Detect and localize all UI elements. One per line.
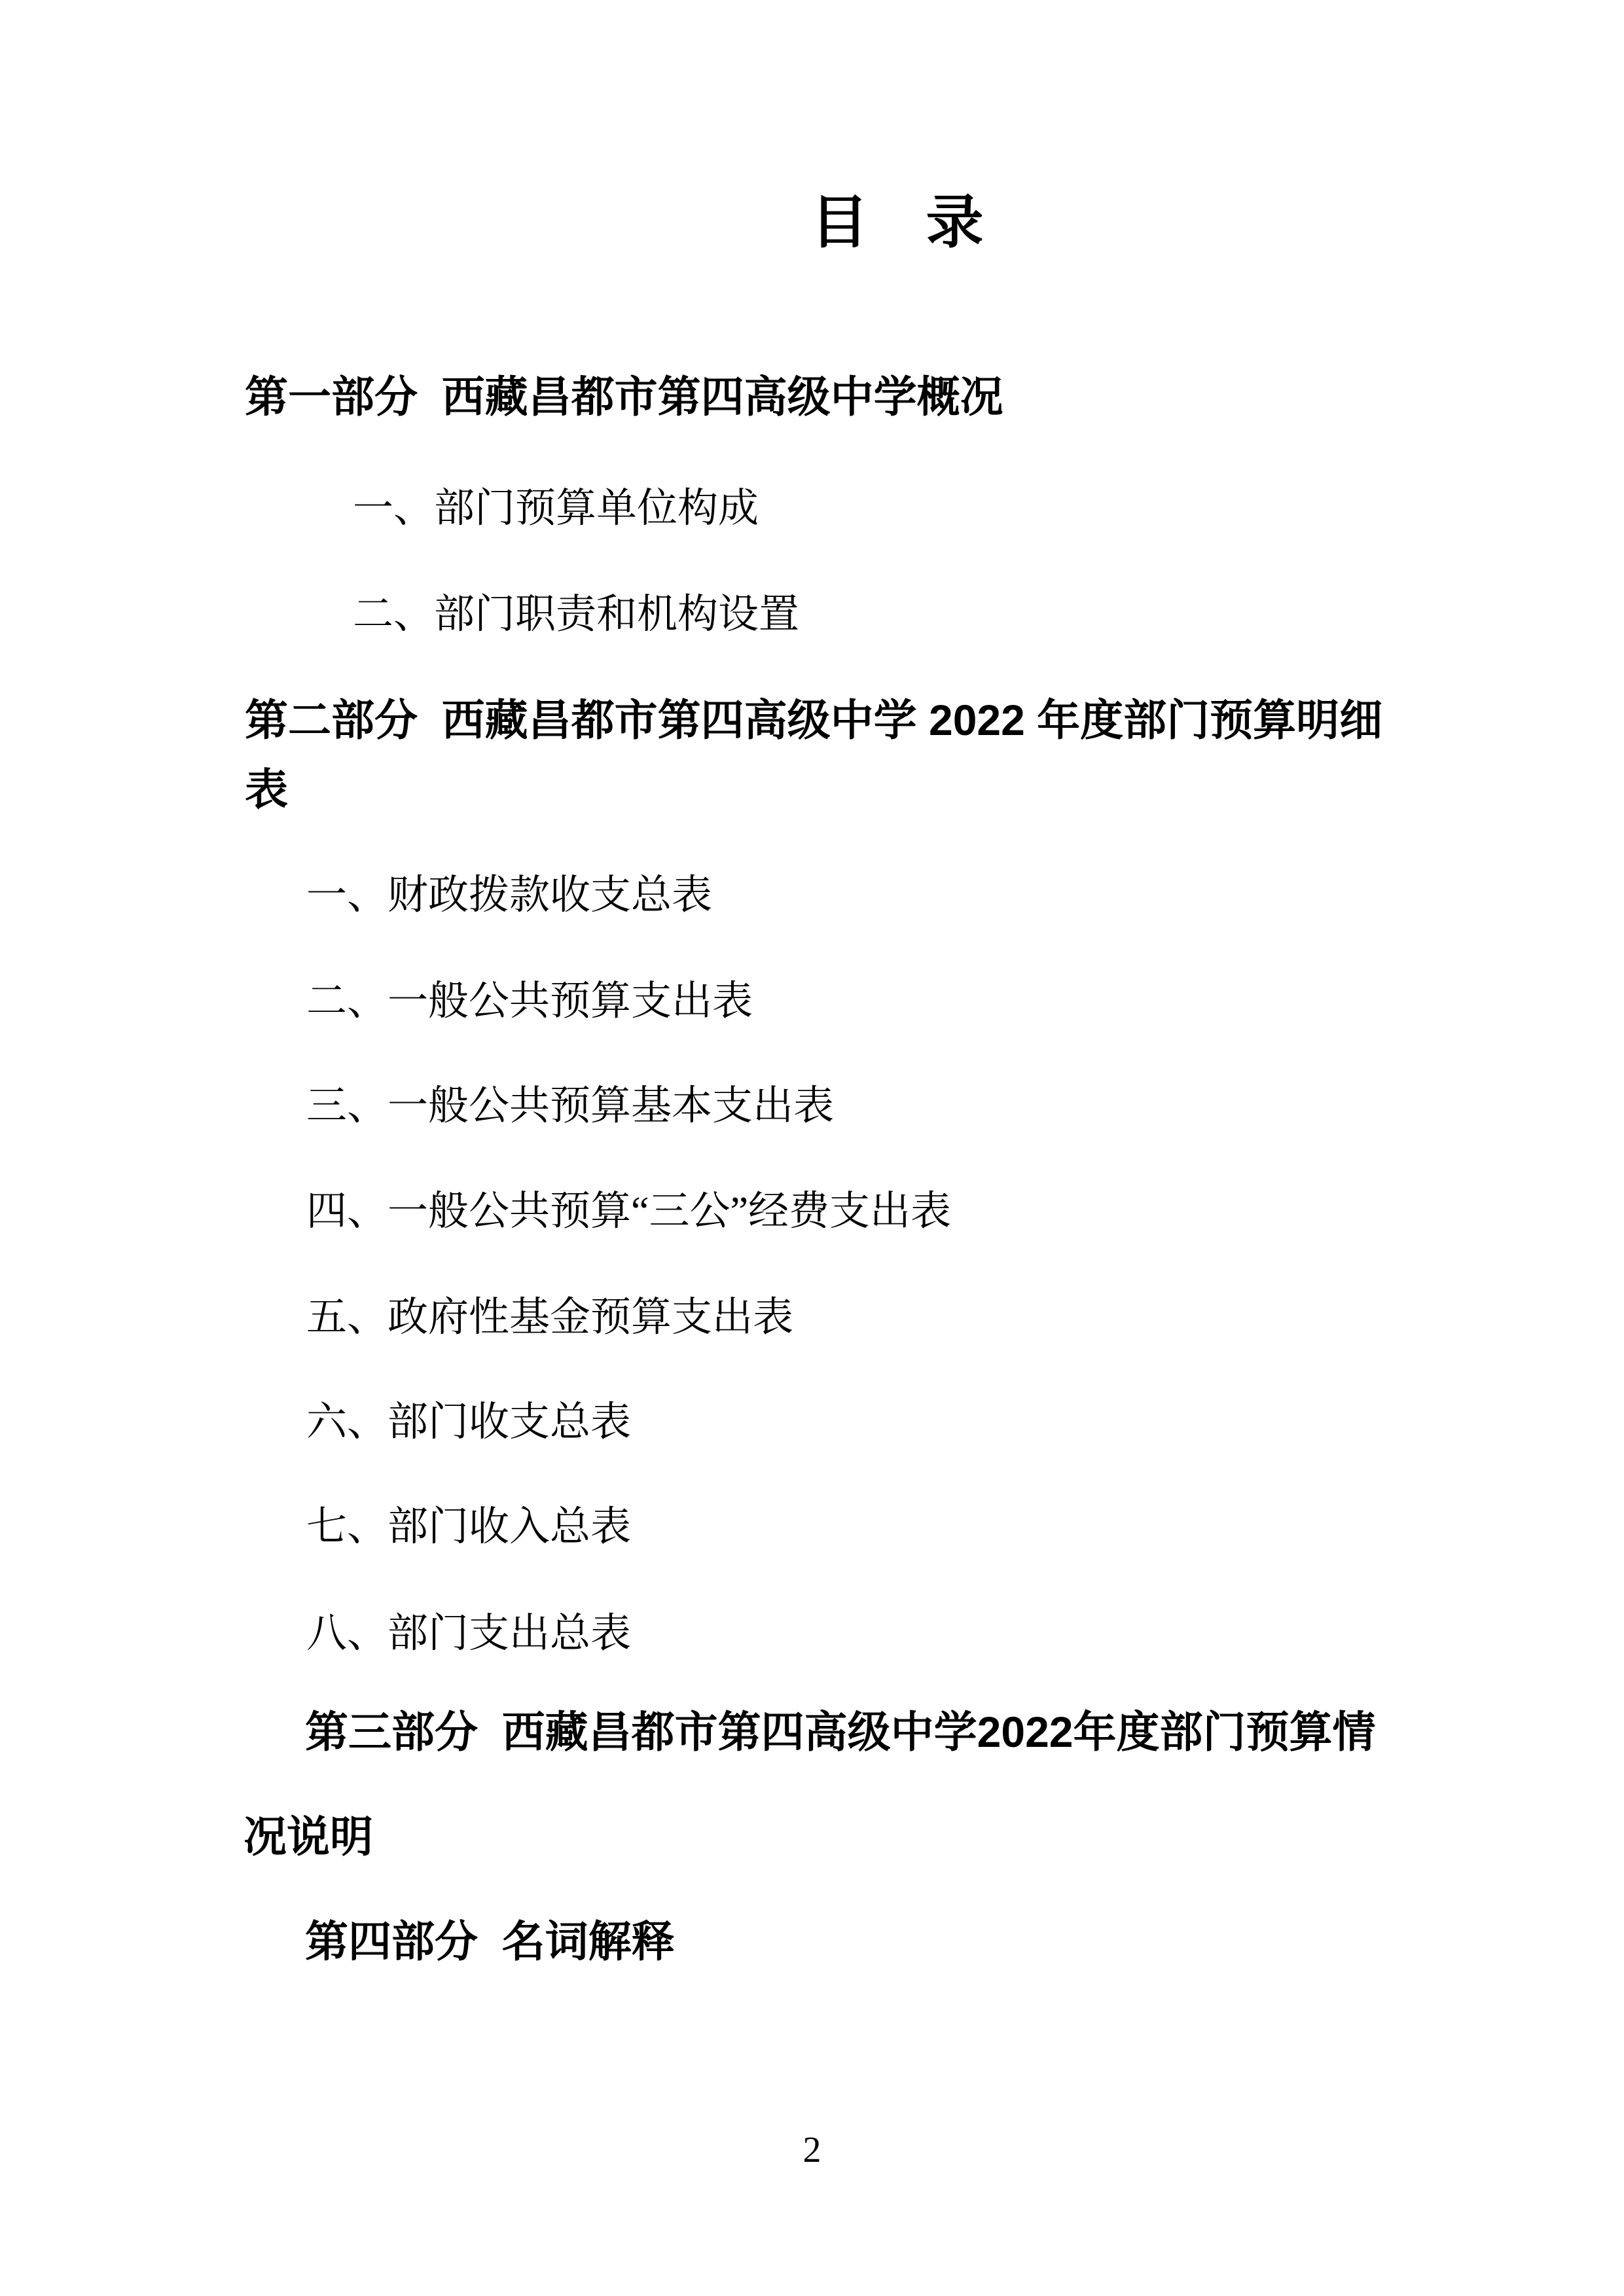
page-number: 2 xyxy=(0,2131,1624,2170)
toc-item: 三、一般公共预算基本支出表 xyxy=(306,1085,834,1128)
toc-title: 目 录 xyxy=(85,194,1624,254)
part1-heading: 第一部分 西藏昌都市第四高级中学概况 xyxy=(245,374,1003,420)
part3-heading-line2: 况说明 xyxy=(244,1814,373,1859)
toc-item: 六、部门收支总表 xyxy=(306,1401,631,1444)
toc-item: 一、部门预算单位构成 xyxy=(353,488,759,530)
part4-heading: 第四部分 名词解释 xyxy=(305,1919,675,1964)
toc-item: 四、一般公共预算“三公”经费支出表 xyxy=(306,1191,951,1233)
toc-item: 八、部门支出总表 xyxy=(306,1613,631,1655)
toc-item: 一、财政拨款收支总表 xyxy=(306,874,712,917)
part2-heading-line2: 表 xyxy=(245,767,288,812)
part2-heading-line1: 第二部分 西藏昌都市第四高级中学 2022 年度部门预算明细 xyxy=(245,698,1382,743)
toc-item: 五、政府性基金预算支出表 xyxy=(306,1297,793,1339)
part3-heading-line1: 第三部分 西藏昌都市第四高级中学2022年度部门预算情 xyxy=(305,1710,1376,1755)
toc-item: 七、部门收入总表 xyxy=(306,1506,631,1549)
toc-item: 二、一般公共预算支出表 xyxy=(306,980,753,1023)
document-page: 目 录 第一部分 西藏昌都市第四高级中学概况 一、部门预算单位构成 二、部门职责… xyxy=(0,0,1624,2296)
toc-item: 二、部门职责和机构设置 xyxy=(353,594,799,636)
